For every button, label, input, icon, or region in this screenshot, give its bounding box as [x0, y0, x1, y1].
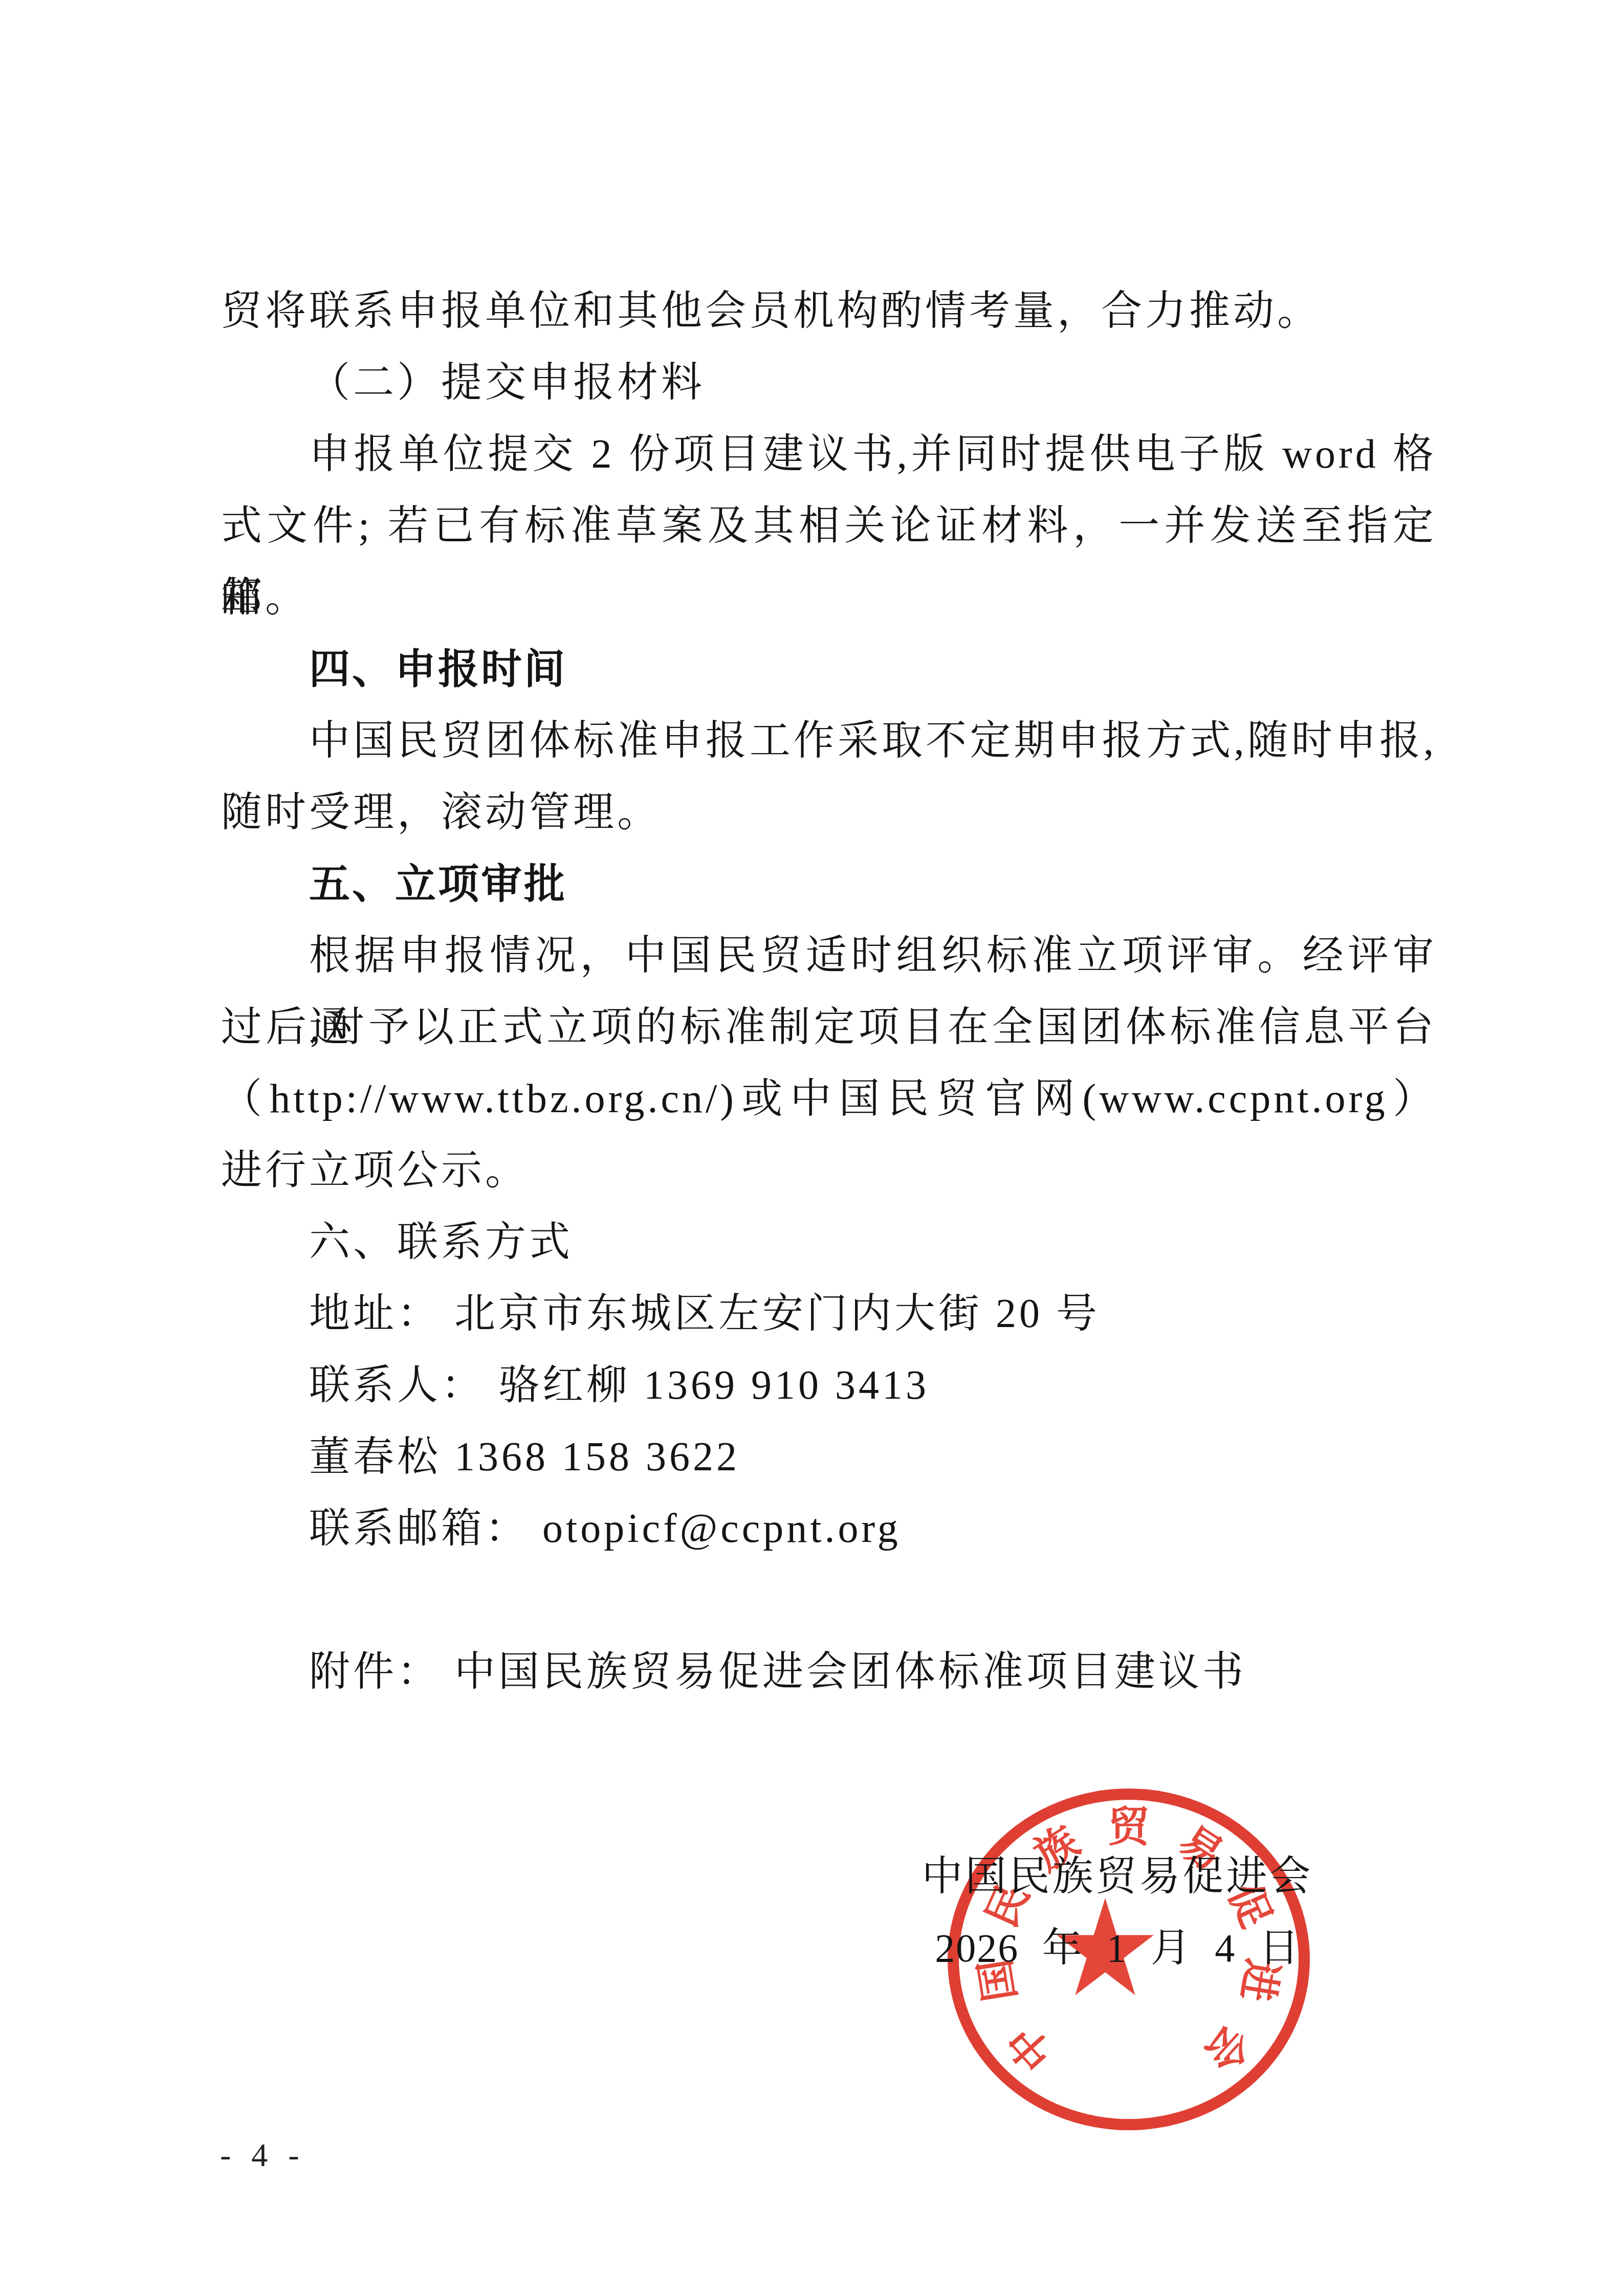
text-line: 箱。	[221, 562, 1437, 633]
text-line: 进行立项公示。	[221, 1135, 1437, 1206]
text-line: 中国民贸团体标准申报工作采取不定期申报方式,随时申报,	[221, 705, 1437, 777]
text-line: 联系邮箱： otopicf@ccpnt.org	[221, 1493, 1437, 1564]
body-text-block: 贸将联系申报单位和其他会员机构酌情考量，合力推动。（二）提交申报材料申报单位提交…	[221, 275, 1437, 1708]
text-line: 申报单位提交 2 份项目建议书,并同时提供电子版 word 格	[221, 418, 1437, 490]
section-heading: 四、申报时间	[221, 633, 1437, 705]
signature-date: 2026 年 1 月 4 日	[915, 1912, 1320, 1984]
page-number: - 4 -	[220, 2132, 305, 2178]
text-line: 随时受理，滚动管理。	[221, 777, 1437, 848]
text-line: 六、联系方式	[221, 1206, 1437, 1278]
section-heading: 五、立项审批	[221, 848, 1437, 920]
document-page: 贸将联系申报单位和其他会员机构酌情考量，合力推动。（二）提交申报材料申报单位提交…	[0, 0, 1623, 2296]
blank-line	[221, 1564, 1437, 1636]
text-line: 贸将联系申报单位和其他会员机构酌情考量，合力推动。	[221, 275, 1437, 347]
text-line: （二）提交申报材料	[221, 347, 1437, 418]
signature-org: 中国民族贸易促进会	[915, 1841, 1320, 1912]
text-line: 过后,对予以正式立项的标准制定项目在全国团体标准信息平台	[221, 991, 1437, 1063]
text-line: 董春松 1368 158 3622	[221, 1421, 1437, 1493]
text-line: 联系人： 骆红柳 1369 910 3413	[221, 1350, 1437, 1421]
text-line: （http://www.ttbz.org.cn/)或中国民贸官网(www.ccp…	[221, 1063, 1437, 1135]
text-line: 式文件; 若已有标准草案及其相关论证材料，一并发送至指定邮	[221, 490, 1437, 562]
text-line: 地址： 北京市东城区左安门内大街 20 号	[221, 1278, 1437, 1350]
signature-block: 中国民族贸易促进会 2026 年 1 月 4 日	[915, 1841, 1320, 1984]
text-line: 根据申报情况，中国民贸适时组织标准立项评审。经评审通	[221, 920, 1437, 991]
text-line: 附件： 中国民族贸易促进会团体标准项目建议书	[221, 1636, 1437, 1708]
